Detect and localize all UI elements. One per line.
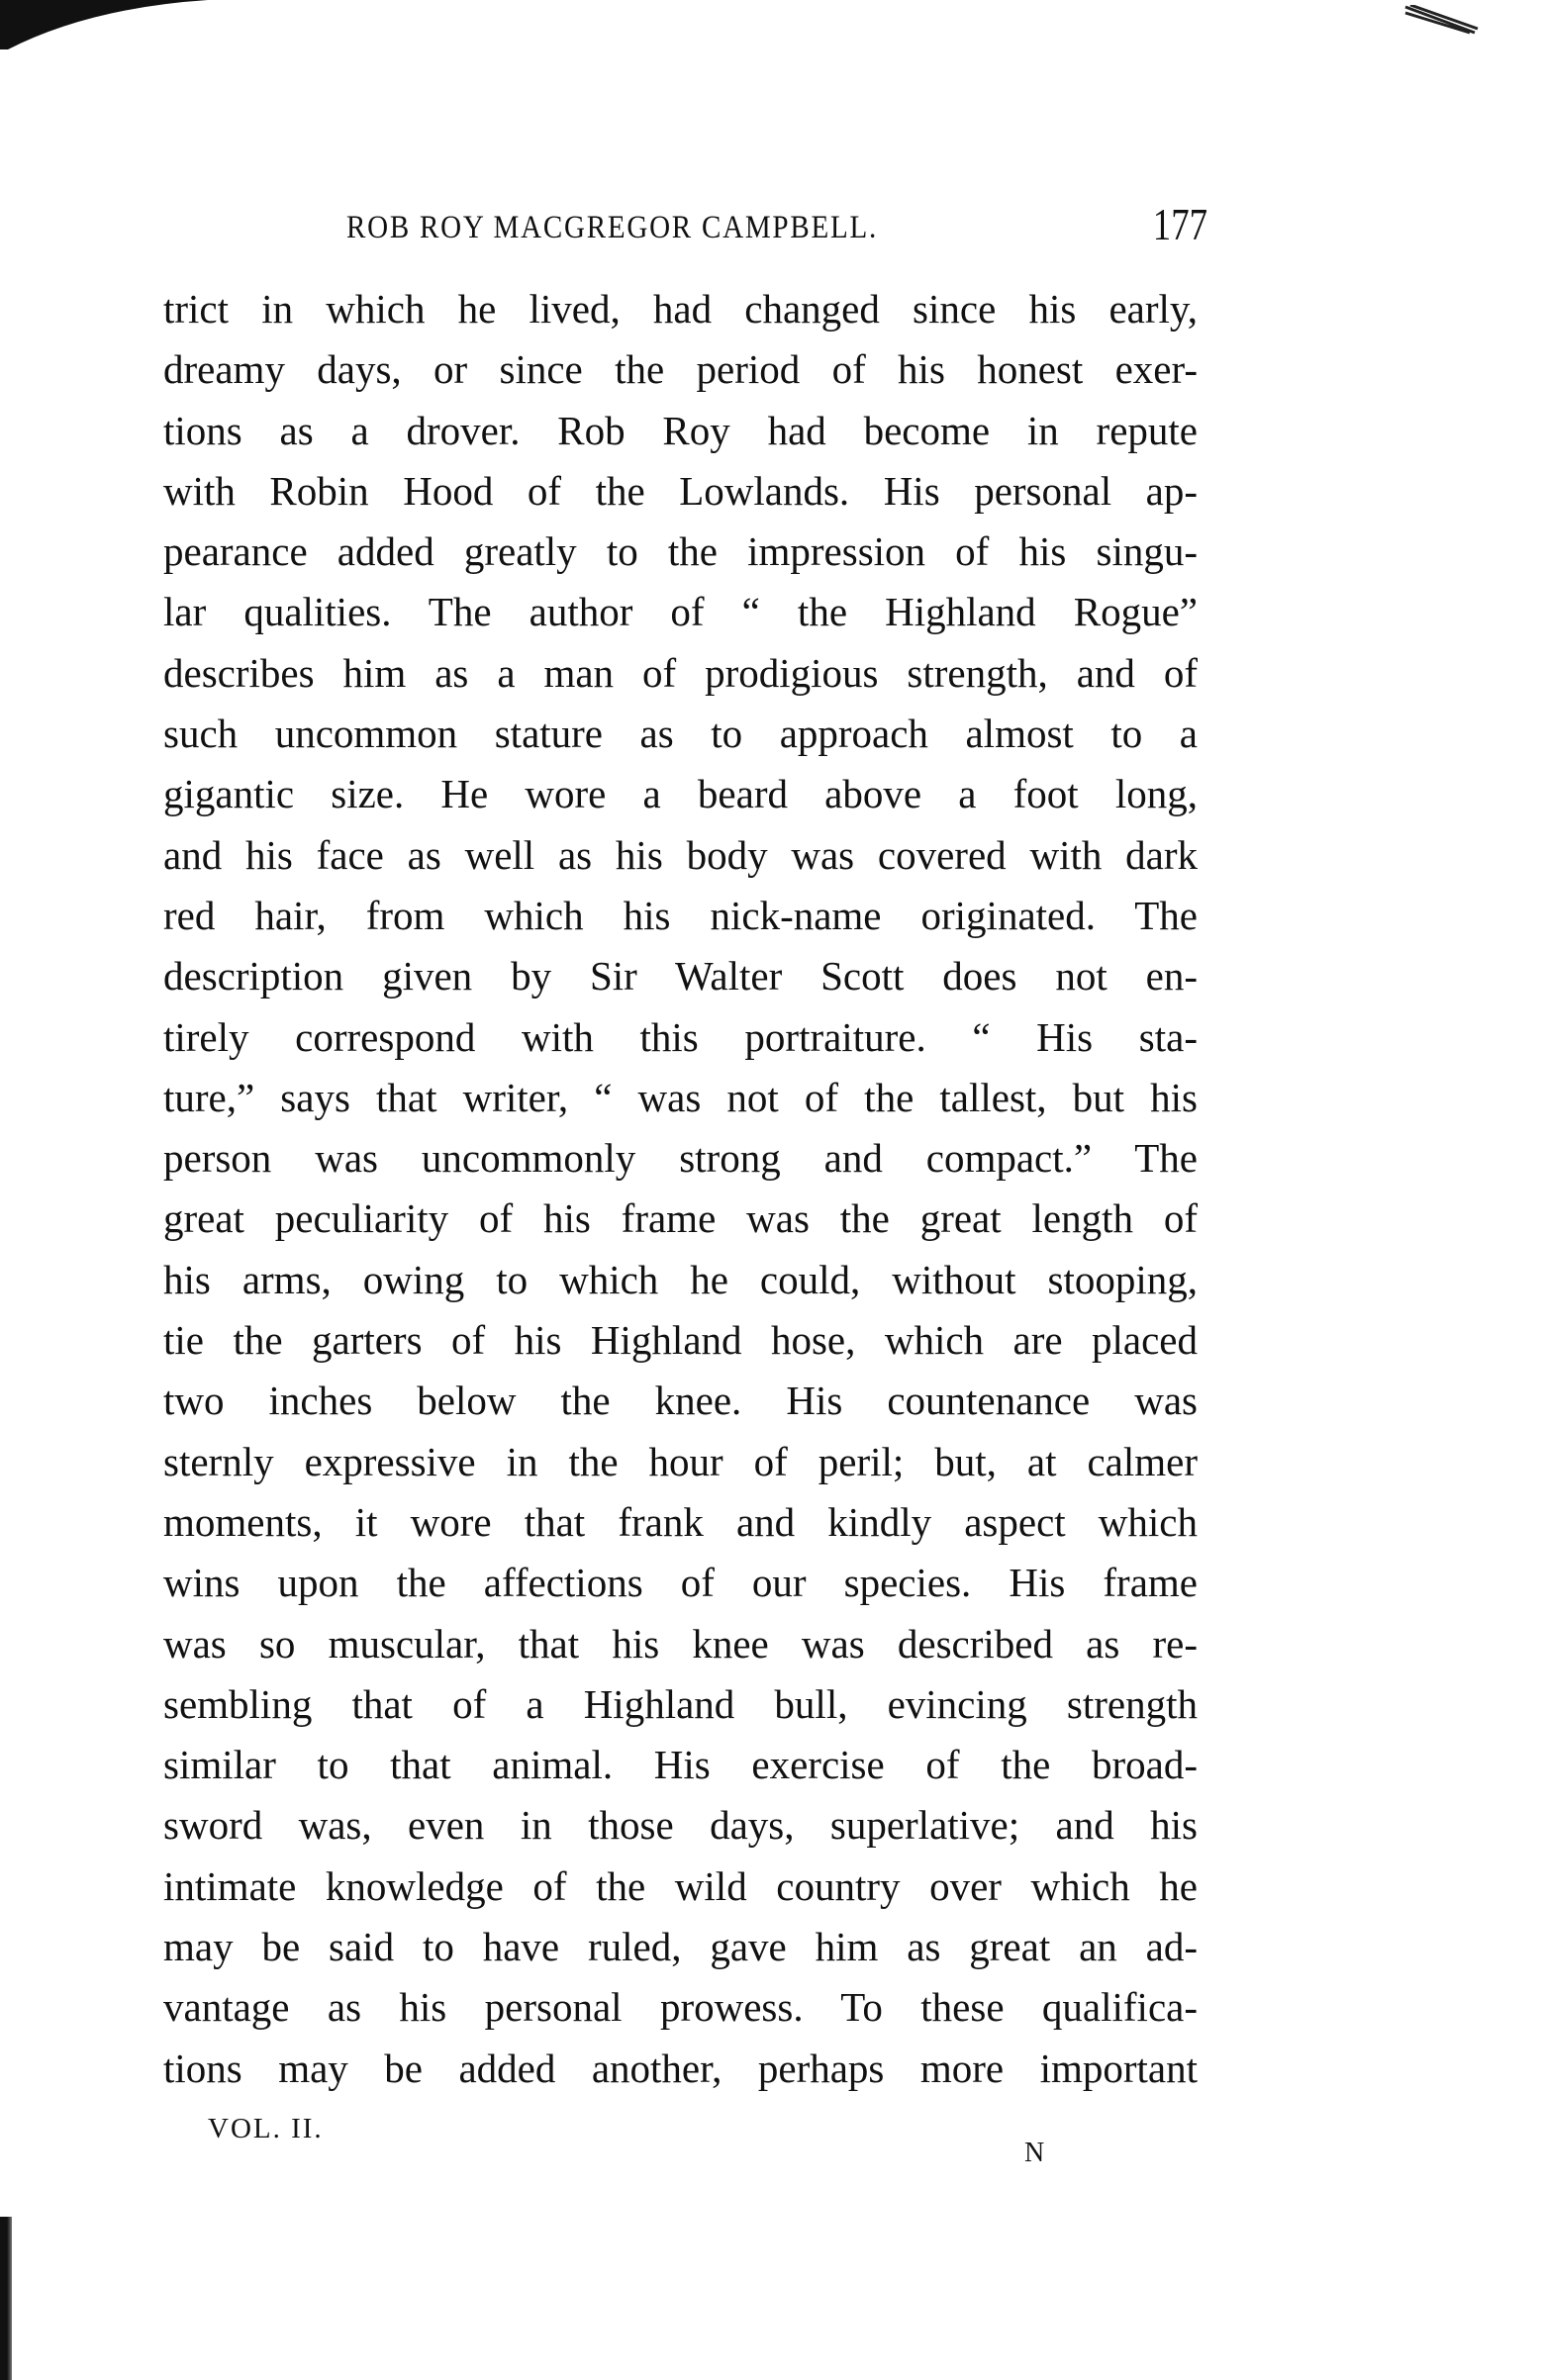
text-line: tions may be added another, perhaps more…	[163, 2039, 1198, 2099]
text-line: sternly expressive in the hour of peril;…	[163, 1432, 1198, 1492]
text-line: similar to that animal. His exercise of …	[163, 1735, 1198, 1795]
text-line: intimate knowledge of the wild country o…	[163, 1856, 1198, 1917]
text-line: description given by Sir Walter Scott do…	[163, 946, 1198, 1006]
text-line: and his face as well as his body was cov…	[163, 825, 1198, 886]
text-line: describes him as a man of prodigious str…	[163, 643, 1198, 704]
text-line: tirely correspond with this portraiture.…	[163, 1007, 1198, 1068]
text-line: person was uncommonly strong and compact…	[163, 1128, 1198, 1189]
text-line: moments, it wore that frank and kindly a…	[163, 1492, 1198, 1553]
text-line: tie the garters of his Highland hose, wh…	[163, 1310, 1198, 1371]
body-text: trict in which he lived, had changed sin…	[163, 279, 1198, 2099]
text-line: two inches below the knee. His countenan…	[163, 1371, 1198, 1431]
text-line: wins upon the affections of our species.…	[163, 1553, 1198, 1613]
text-line: trict in which he lived, had changed sin…	[163, 279, 1198, 339]
page-number: 177	[1153, 198, 1207, 250]
text-line: ture,” says that writer, “ was not of th…	[163, 1068, 1198, 1128]
text-line: red hair, from which his nick-name origi…	[163, 886, 1198, 946]
text-line: lar qualities. The author of “ the Highl…	[163, 582, 1198, 642]
text-line: tions as a drover. Rob Roy had become in…	[163, 401, 1198, 461]
text-line: such uncommon stature as to approach alm…	[163, 704, 1198, 764]
signature-mark: N	[1024, 2138, 1044, 2169]
text-line: dreamy days, or since the period of his …	[163, 339, 1198, 400]
text-line: with Robin Hood of the Lowlands. His per…	[163, 461, 1198, 522]
running-title: ROB ROY MACGREGOR CAMPBELL.	[346, 210, 878, 246]
text-line: may be said to have ruled, gave him as g…	[163, 1917, 1198, 1977]
text-line: pearance added greatly to the impression…	[163, 522, 1198, 582]
text-line: sembling that of a Highland bull, evinci…	[163, 1674, 1198, 1735]
text-line: great peculiarity of his frame was the g…	[163, 1189, 1198, 1249]
text-line: sword was, even in those days, superlati…	[163, 1795, 1198, 1856]
text-line: his arms, owing to which he could, witho…	[163, 1250, 1198, 1310]
text-line: was so muscular, that his knee was descr…	[163, 1614, 1198, 1674]
signature-volume: VOL. II.	[208, 2113, 324, 2145]
text-line: vantage as his personal prowess. To thes…	[163, 1977, 1198, 2038]
running-head: ROB ROY MACGREGOR CAMPBELL. 177	[346, 198, 1207, 257]
text-line: gigantic size. He wore a beard above a f…	[163, 764, 1198, 824]
scan-mark-top-right	[1400, 5, 1480, 35]
scan-edge-bottom-left	[0, 2217, 12, 2380]
scan-shadow-top-left	[0, 0, 208, 49]
